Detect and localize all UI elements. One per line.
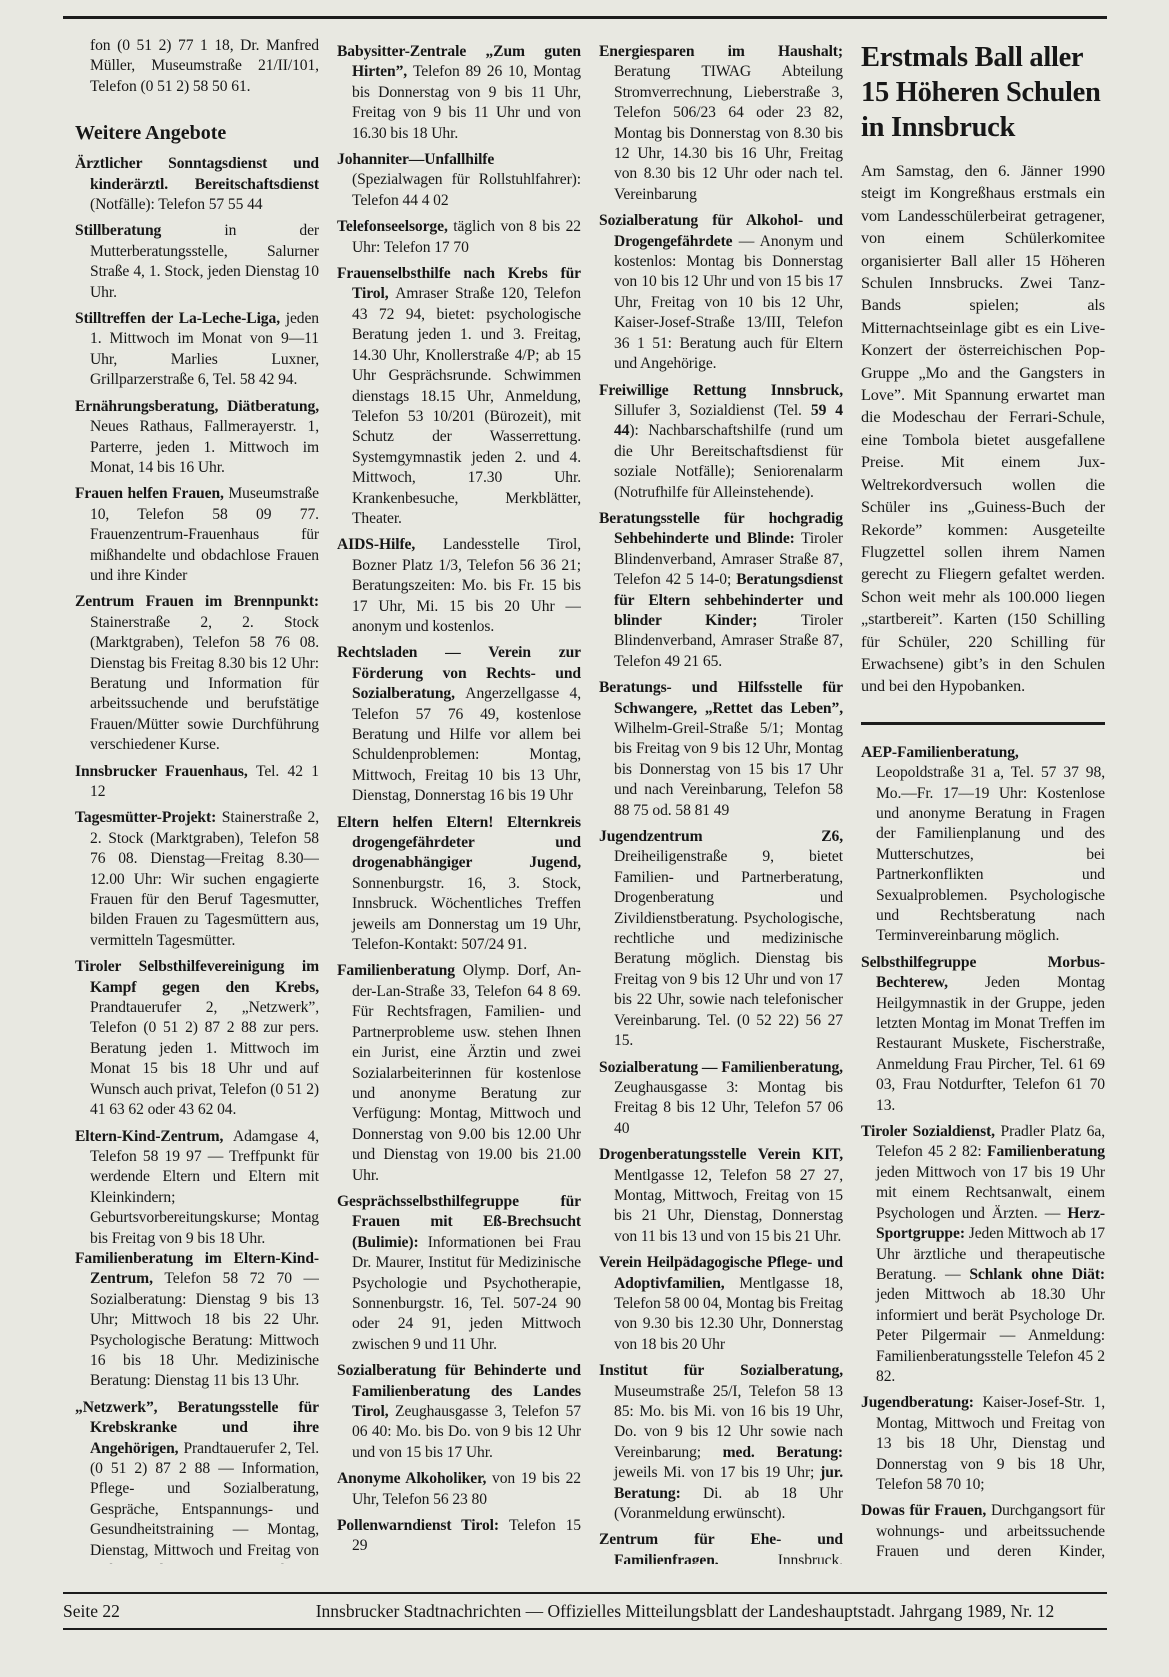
article-body: Am Samstag, den 6. Jänner 1990 steigt im… [861, 160, 1105, 698]
directory-entry: Sozialberatung für Alkohol- und Drogenge… [599, 211, 843, 374]
directory-entry: Tiroler Sozialdienst, Pradler Platz 6a, … [861, 1122, 1105, 1387]
directory-entry: Familienberatung Olymp. Dorf, An-der-Lan… [337, 961, 581, 1185]
directory-entry: Eltern helfen Eltern! Elternkreis drogen… [337, 813, 581, 956]
directory-entry: Beratungs- und Hilfsstelle für Schwanger… [599, 678, 843, 821]
directory-entry: Pollenwarndienst Tirol: Telefon 15 29 [337, 1516, 581, 1557]
directory-entry: Dowas für Frauen, Durchgangsort für wohn… [861, 1501, 1105, 1564]
directory-entry: Frauen helfen Frauen, Museumstraße 10, T… [75, 484, 319, 586]
directory-entry: „Netzwerk”, Beratungsstelle für Krebskra… [75, 1398, 319, 1564]
directory-entry: Telefonseelsorge, täglich von 8 bis 22 U… [337, 217, 581, 258]
directory-entry: Stilltreffen der La-Leche-Liga, jeden 1.… [75, 309, 319, 391]
directory-entry: Ärztlicher Sonntagsdienst und kinderärzt… [75, 154, 319, 215]
directory-entry: Zentrum für Ehe- und Familienfragen, Inn… [599, 1530, 843, 1564]
directory-entry: Drogenberatungsstelle Verein KIT, Mentlg… [599, 1145, 843, 1247]
top-rule [63, 16, 1107, 19]
directory-entry: AIDS-Hilfe, Landesstelle Tirol, Bozner P… [337, 535, 581, 637]
directory-entry: Zentrum Frauen im Brennpunkt: Stainerstr… [75, 592, 319, 755]
footer-rule-top [63, 1592, 1107, 1594]
directory-entry: Eltern-Kind-Zentrum, Adamgase 4, Telefon… [75, 1127, 319, 1249]
directory-entry: Babysitter-Zentrale „Zum guten Hirten”, … [337, 42, 581, 144]
footer-rule-bottom [63, 1628, 1107, 1630]
page-number: Seite 22 [63, 1599, 263, 1623]
directory-entry: Freiwillige Rettung Innsbruck, Sillufer … [599, 381, 843, 503]
continued-entry: fon (0 51 2) 77 1 18, Dr. Manfred Müller… [75, 36, 319, 97]
directory-entry: Ernährungsberatung, Diätberatung, Neues … [75, 397, 319, 479]
directory-entry: Energiesparen im Haushalt; Beratung TIWA… [599, 42, 843, 205]
directory-entry: Familienberatung im Eltern-Kind-Zentrum,… [75, 1249, 319, 1392]
newspaper-columns: fon (0 51 2) 77 1 18, Dr. Manfred Müller… [75, 36, 1107, 1564]
article-headline: Erstmals Ball aller15 Höheren Schulenin … [861, 40, 1105, 145]
directory-entry: Anonyme Alkoholiker, von 19 bis 22 Uhr, … [337, 1469, 581, 1510]
directory-entry: Sozialberatung — Familienberatung, Zeugh… [599, 1058, 843, 1140]
directory-entry: Innsbrucker Frauenhaus, Tel. 42 1 12 [75, 762, 319, 803]
directory-entry: Tagesmütter-Projekt: Stainerstraße 2, 2.… [75, 808, 319, 951]
directory-entry: AEP-Familienberatung, Leopoldstraße 31 a… [861, 743, 1105, 947]
column-2: Babysitter-Zentrale „Zum guten Hirten”, … [337, 36, 581, 1564]
section-heading: Weitere Angebote [75, 121, 319, 145]
directory-entry: Lebenshilfe Tirol, Sektion Innsbruck, Do… [337, 1563, 581, 1564]
directory-entry: Johanniter—Unfallhilfe (Spezialwagen für… [337, 150, 581, 211]
directory-entry: Institut für Sozialberatung, Museumstraß… [599, 1361, 843, 1524]
directory-entry: Gesprächsselbsthilfegruppe für Frauen mi… [337, 1192, 581, 1355]
column-1: fon (0 51 2) 77 1 18, Dr. Manfred Müller… [75, 36, 319, 1564]
directory-entry: Verein Heilpädagogische Pflege- und Adop… [599, 1253, 843, 1355]
directory-entry: Jugendberatung: Kaiser-Josef-Str. 1, Mon… [861, 1393, 1105, 1495]
directory-entry: Beratungsstelle für hochgradig Sehbehind… [599, 509, 843, 672]
column-3: Energiesparen im Haushalt; Beratung TIWA… [599, 36, 843, 1564]
section-divider [861, 722, 1105, 725]
directory-entry: Stillberatung in der Mutterberatungsstel… [75, 221, 319, 303]
page-footer: Seite 22 Innsbrucker Stadtnachrichten — … [63, 1599, 1107, 1623]
directory-entry: Rechtsladen — Verein zur Förderung von R… [337, 643, 581, 806]
column-4: Erstmals Ball aller15 Höheren Schulenin … [861, 36, 1105, 1564]
publication-line: Innsbrucker Stadtnachrichten — Offiziell… [263, 1599, 1107, 1623]
directory-entry: Frauenselbsthilfe nach Krebs für Tirol, … [337, 264, 581, 529]
directory-entry: Sozialberatung für Behinderte und Famili… [337, 1361, 581, 1463]
directory-entry: Jugendzentrum Z6, Dreiheiligenstraße 9, … [599, 827, 843, 1051]
directory-entry: Tiroler Selbsthilfevereinigung im Kampf … [75, 957, 319, 1120]
directory-entry: Selbsthilfegruppe Morbus-Bechterew, Jede… [861, 953, 1105, 1116]
